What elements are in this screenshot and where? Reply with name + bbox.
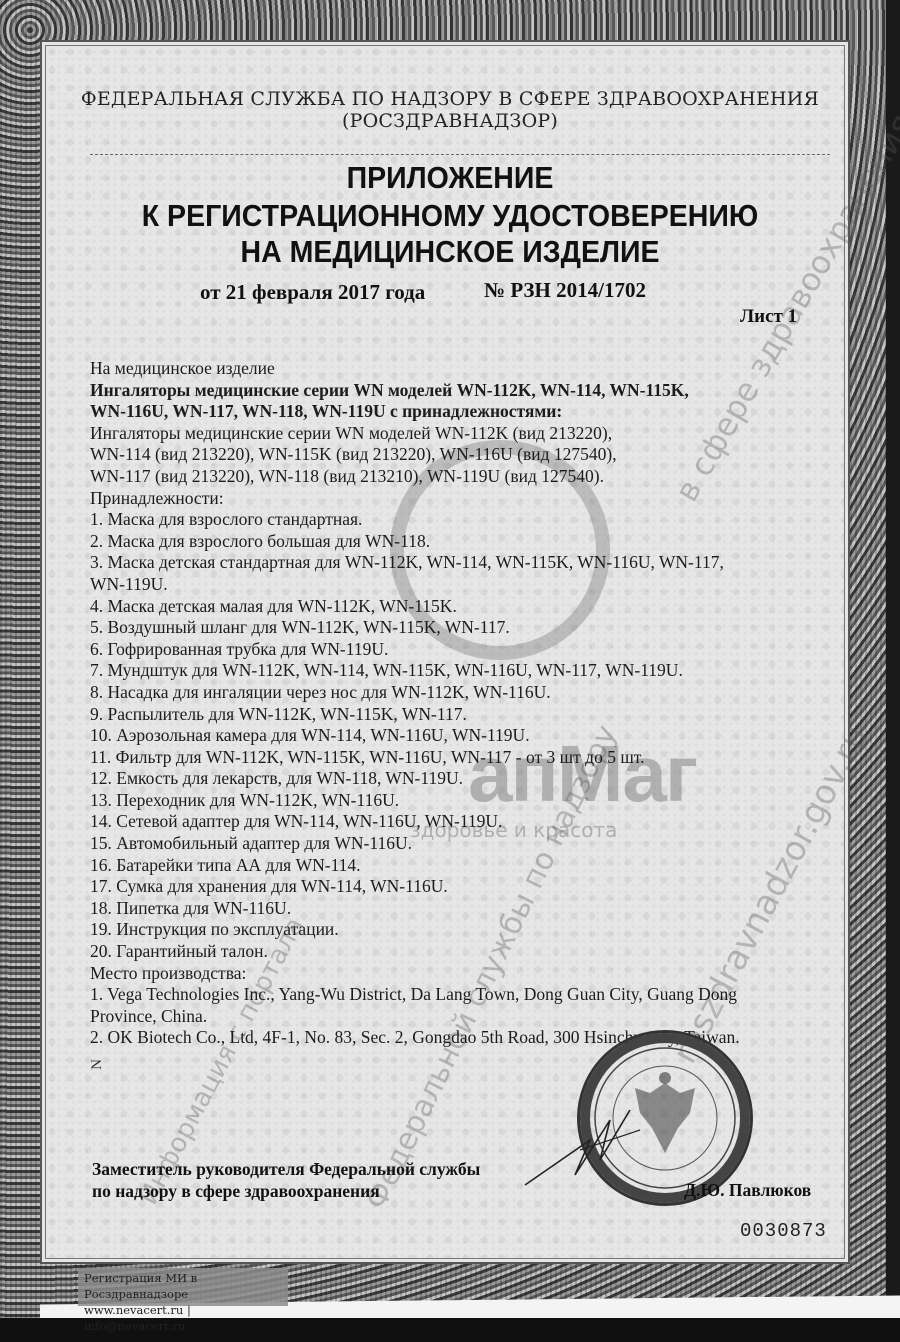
agency-abbreviation: (РОСЗДРАВНАДЗОР) [0,110,900,132]
header-divider [90,154,830,155]
accessory-item: 2. Маска для взрослого большая для WN-11… [90,531,830,553]
intro-text: На медицинское изделие [90,358,830,380]
signatory-position: Заместитель руководителя Федеральной слу… [92,1158,480,1202]
margin-mark: N [89,1059,106,1070]
accessory-item: 12. Емкость для лекарств, для WN-118, WN… [90,768,830,790]
accessory-item: 20. Гарантийный талон. [90,941,830,963]
website-link[interactable]: www.nevacert.ru [84,1303,183,1317]
signatory-position-line1: Заместитель руководителя Федеральной слу… [92,1158,480,1180]
footer-separator: | [183,1303,191,1317]
accessory-item: 17. Сумка для хранения для WN-114, WN-11… [90,876,830,898]
product-name: WN-116U, WN-117, WN-118, WN-119U с прина… [90,401,830,423]
manufacture-site: Province, China. [90,1006,830,1028]
agency-name: ФЕДЕРАЛЬНАЯ СЛУЖБА ПО НАДЗОРУ В СФЕРЕ ЗД… [0,88,900,110]
accessory-item: 18. Пипетка для WN-116U. [90,898,830,920]
models-line: WN-114 (вид 213220), WN-115K (вид 213220… [90,444,830,466]
email-link[interactable]: info@nevacert.ru [84,1319,185,1333]
accessory-item: WN-119U. [90,574,830,596]
footer-caption: Регистрация МИ в Росздравнадзоре [84,1270,282,1302]
accessory-item: 9. Распылитель для WN-112K, WN-115K, WN-… [90,704,830,726]
document-subtitle-line1: К РЕГИСТРАЦИОННОМУ УДОСТОВЕРЕНИЮ [36,198,864,234]
accessory-item: 7. Мундштук для WN-112K, WN-114, WN-115K… [90,660,830,682]
form-serial-number: 0030873 [740,1220,827,1242]
document-subtitle-line2: НА МЕДИЦИНСКОЕ ИЗДЕЛИЕ [36,234,864,270]
accessory-item: 16. Батарейки типа АА для WN-114. [90,855,830,877]
accessory-item: 10. Аэрозольная камера для WN-114, WN-11… [90,725,830,747]
accessory-item: 13. Переходник для WN-112K, WN-116U. [90,790,830,812]
registration-number: № РЗН 2014/1702 [484,278,646,303]
accessory-item: 11. Фильтр для WN-112K, WN-115K, WN-116U… [90,747,830,769]
signature-icon [520,1100,680,1190]
document-body: На медицинское изделие Ингаляторы медици… [90,358,830,1049]
accessories-list: 1. Маска для взрослого стандартная.2. Ма… [90,509,830,962]
signatory-position-line2: по надзору в сфере здравоохранения [92,1180,480,1202]
product-name: Ингаляторы медицинские серии WN моделей … [90,380,830,402]
registration-date: от 21 февраля 2017 года [200,280,425,305]
models-line: Ингаляторы медицинские серии WN моделей … [90,423,830,445]
accessory-item: 6. Гофрированная трубка для WN-119U. [90,639,830,661]
manufacture-site: 1. Vega Technologies Inc., Yang-Wu Distr… [90,984,830,1006]
sheet-number: Лист 1 [740,306,797,328]
accessory-item: 5. Воздушный шланг для WN-112K, WN-115K,… [90,617,830,639]
accessories-heading: Принадлежности: [90,488,830,510]
accessory-item: 19. Инструкция по эксплуатации. [90,919,830,941]
signatory-name: Д.Ю. Павлюков [684,1180,811,1201]
models-line: WN-117 (вид 213220), WN-118 (вид 213210)… [90,466,830,488]
document-title: ПРИЛОЖЕНИЕ [36,160,864,196]
accessory-item: 15. Автомобильный адаптер для WN-116U. [90,833,830,855]
accessory-item: 1. Маска для взрослого стандартная. [90,509,830,531]
accessory-item: 3. Маска детская стандартная для WN-112K… [90,552,830,574]
accessory-item: 14. Сетевой адаптер для WN-114, WN-116U,… [90,811,830,833]
accessory-item: 8. Насадка для ингаляции через нос для W… [90,682,830,704]
manufacture-heading: Место производства: [90,963,830,985]
footer-badge: Регистрация МИ в Росздравнадзоре www.nev… [78,1268,288,1306]
accessory-item: 4. Маска детская малая для WN-112K, WN-1… [90,596,830,618]
